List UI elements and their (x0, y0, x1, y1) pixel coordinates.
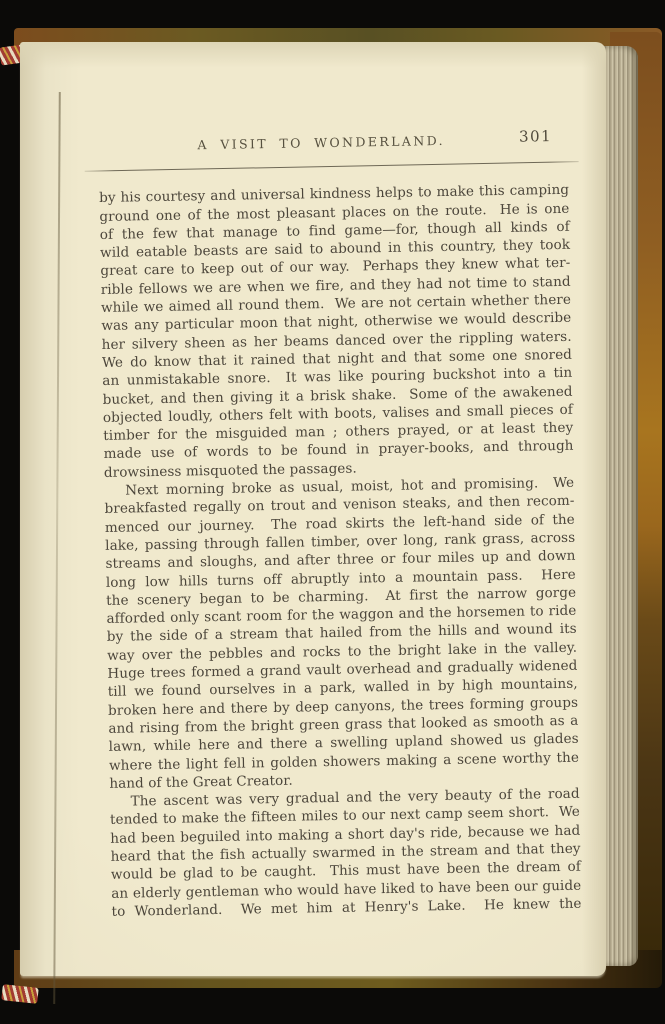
paragraph-1: by his courtesy and universal kindness h… (99, 181, 574, 482)
paragraph-2: Next morning broke as usual, moist, hot … (104, 474, 579, 793)
running-title: A VISIT TO WONDERLAND. (86, 130, 556, 156)
page-header: A VISIT TO WONDERLAND. 301 (98, 130, 568, 156)
page-number: 301 (519, 127, 552, 146)
gutter-crease (53, 92, 61, 1004)
headband-bottom (1, 984, 38, 1004)
book-photo: A VISIT TO WONDERLAND. 301 by his courte… (0, 0, 665, 1024)
header-rule (85, 161, 579, 172)
text-block: by his courtesy and universal kindness h… (99, 181, 582, 921)
book-page: A VISIT TO WONDERLAND. 301 by his courte… (20, 42, 606, 976)
printed-content: A VISIT TO WONDERLAND. 301 by his courte… (98, 124, 582, 921)
paragraph-3: The ascent was very gradual and the very… (110, 785, 582, 921)
